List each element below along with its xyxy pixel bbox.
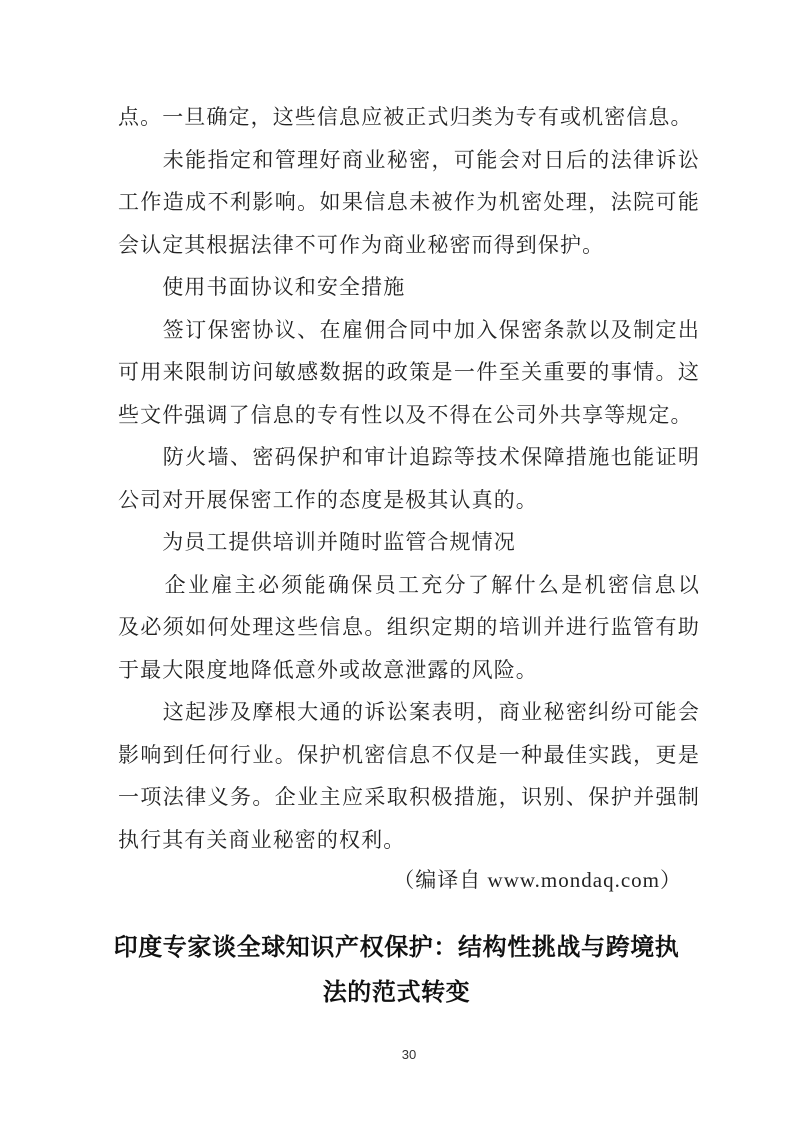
body-text: 点。一旦确定，这些信息应被正式归类为专有或机密信息。 未能指定和管理好商业秘密，…	[118, 96, 700, 861]
text-line: 及必须如何处理这些信息。组织定期的培训并进行监管有助	[118, 606, 700, 649]
text-line: 一项法律义务。企业主应采取积极措施，识别、保护并强制	[118, 776, 700, 819]
text-line: 于最大限度地降低意外或故意泄露的风险。	[118, 649, 700, 692]
article-heading: 印度专家谈全球知识产权保护：结构性挑战与跨境执法的范式转变	[0, 925, 793, 1015]
text-line: 这起涉及摩根大通的诉讼案表明，商业秘密纠纷可能会	[118, 691, 700, 734]
text-line: 企业雇主必须能确保员工充分了解什么是机密信息以	[118, 564, 700, 607]
document-page: 点。一旦确定，这些信息应被正式归类为专有或机密信息。 未能指定和管理好商业秘密，…	[0, 0, 793, 1122]
text-line: 工作造成不利影响。如果信息未被作为机密处理，法院可能	[118, 181, 700, 224]
text-line: 签订保密协议、在雇佣合同中加入保密条款以及制定出	[118, 309, 700, 352]
text-line: 些文件强调了信息的专有性以及不得在公司外共享等规定。	[118, 394, 700, 437]
text-line: 防火墙、密码保护和审计追踪等技术保障措施也能证明	[118, 436, 700, 479]
text-line: 会认定其根据法律不可作为商业秘密而得到保护。	[118, 224, 700, 267]
text-line: 为员工提供培训并随时监管合规情况	[118, 521, 700, 564]
text-line: 使用书面协议和安全措施	[118, 266, 700, 309]
page-number: 30	[118, 1045, 700, 1065]
text-line: 未能指定和管理好商业秘密，可能会对日后的法律诉讼	[118, 139, 700, 182]
text-line: 可用来限制访问敏感数据的政策是一件至关重要的事情。这	[118, 351, 700, 394]
article-heading-line: 法的范式转变	[0, 970, 793, 1015]
text-line: 执行其有关商业秘密的权利。	[118, 819, 700, 862]
text-line: 影响到任何行业。保护机密信息不仅是一种最佳实践，更是	[118, 734, 700, 777]
attribution-line: （编译自 www.mondaq.com）	[118, 859, 700, 902]
text-line: 点。一旦确定，这些信息应被正式归类为专有或机密信息。	[118, 96, 700, 139]
text-line: 公司对开展保密工作的态度是极其认真的。	[118, 479, 700, 522]
article-heading-line: 印度专家谈全球知识产权保护：结构性挑战与跨境执	[0, 925, 793, 970]
